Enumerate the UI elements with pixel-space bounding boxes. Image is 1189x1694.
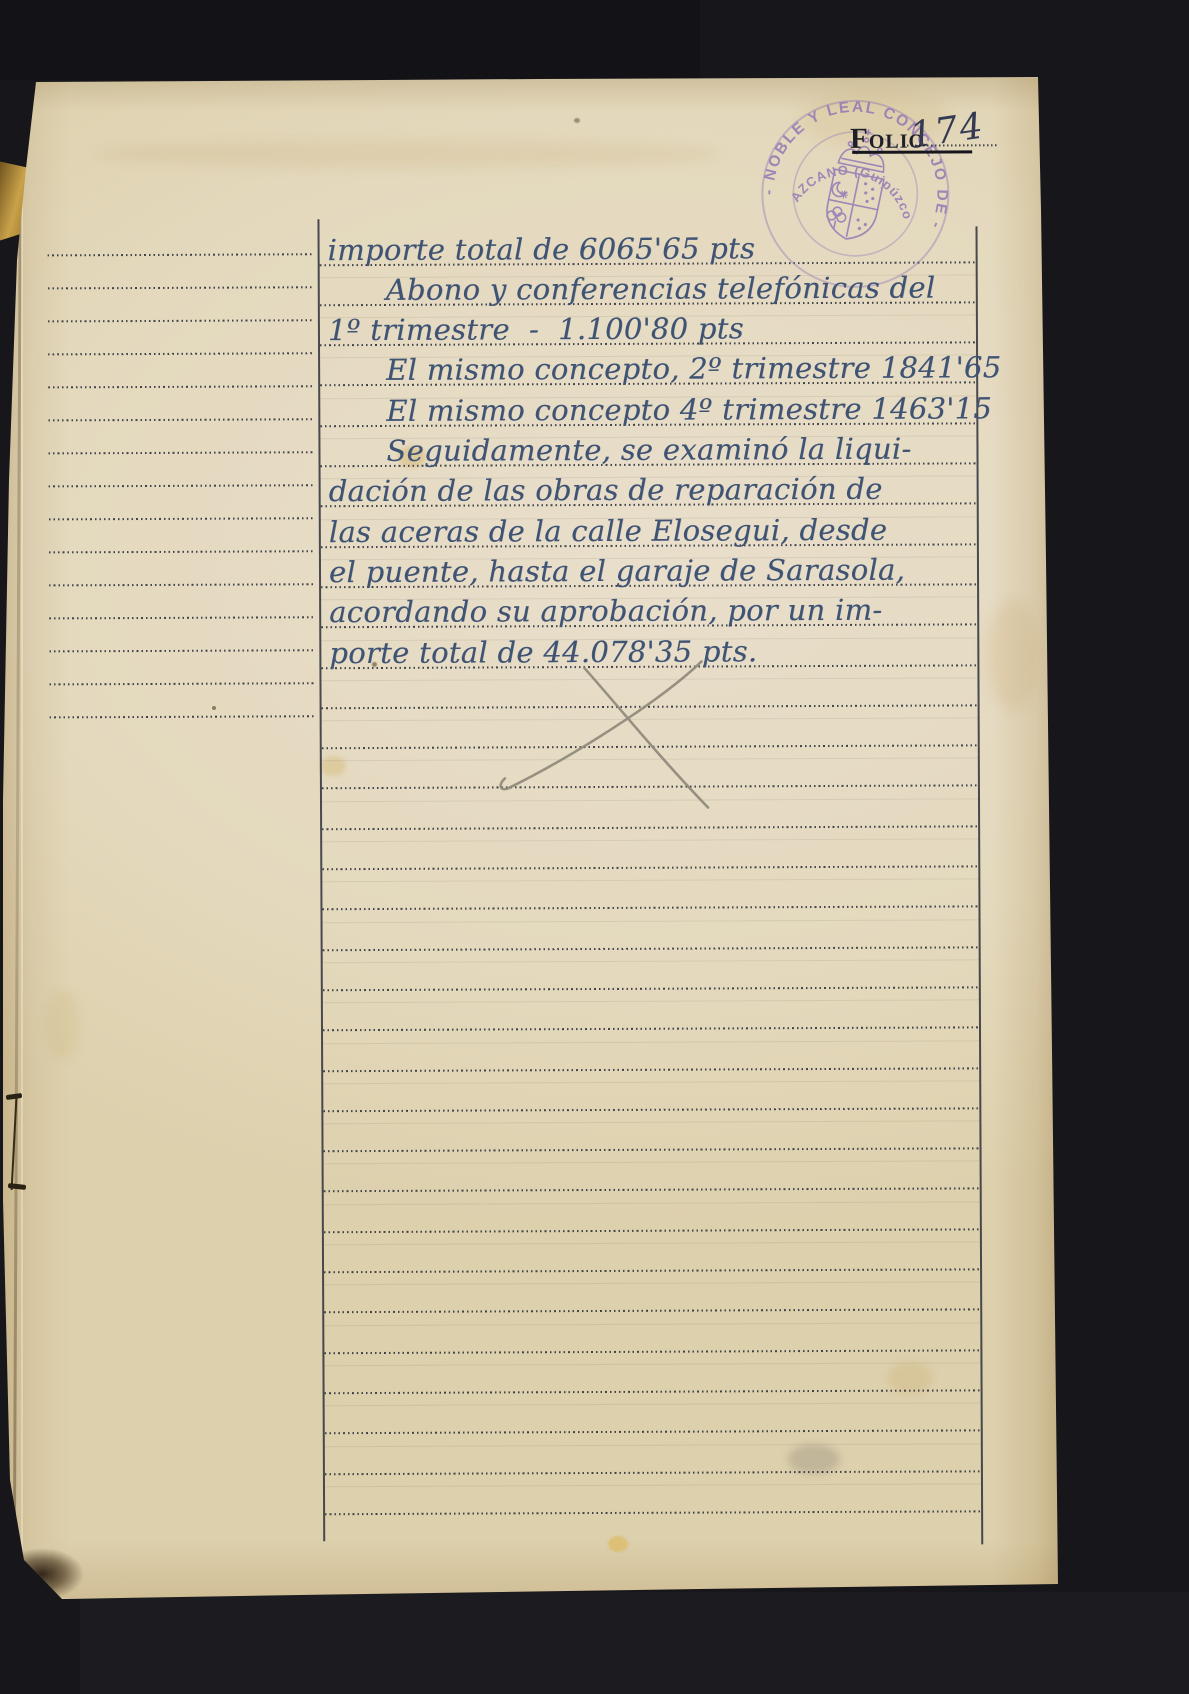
show-through-line [324, 1241, 981, 1245]
show-through-line [322, 838, 979, 842]
ruled-line [323, 1067, 980, 1072]
show-through-line [323, 1000, 980, 1004]
margin-rule-line [317, 219, 325, 1541]
ruled-line [48, 253, 312, 256]
show-through-line [325, 1443, 982, 1447]
tree [825, 205, 848, 231]
handwriting-line: importe total de 6065'65 pts [327, 225, 755, 269]
handwriting-line: El mismo concepto 4º trimestre 1463'15 [386, 385, 992, 430]
stamp-top-text: - NOBLE Y LEAL CONCEJO DE - [758, 81, 968, 232]
folio-underline [852, 150, 972, 154]
show-through-line [323, 1040, 980, 1044]
pencil-x-mark [479, 639, 740, 830]
ruled-line [48, 319, 312, 322]
ruled-line [323, 1107, 980, 1112]
scan-background-bottom [80, 1592, 1189, 1694]
ruled-line [48, 286, 312, 289]
ruled-line [325, 1470, 982, 1475]
handwriting-line: El mismo concepto, 2º trimestre 1841'65 [386, 345, 1001, 390]
page-content: - NOBLE Y LEAL CONCEJO DE - LAZCANO (Gui… [0, 0, 1189, 1694]
ruled-line [50, 715, 314, 718]
show-through-line [322, 879, 979, 883]
ruled-line [324, 1228, 981, 1233]
handwriting-line: dación de las obras de reparación de [329, 466, 883, 510]
show-through-line [323, 959, 980, 963]
ruled-line [48, 418, 312, 421]
ruled-line [49, 550, 313, 553]
ruled-line [48, 352, 312, 355]
show-through-line [324, 1362, 981, 1366]
paper-sheet: - NOBLE Y LEAL CONCEJO DE - LAZCANO (Gui… [0, 0, 1189, 1694]
ruled-line [323, 946, 980, 951]
show-through-line [323, 919, 980, 923]
show-through-line [325, 1403, 982, 1407]
scanned-document: - NOBLE Y LEAL CONCEJO DE - LAZCANO (Gui… [0, 0, 1189, 1694]
ruled-line [324, 1309, 981, 1314]
handwriting-line: Abono y conferencias telefónicas del [386, 264, 936, 308]
scan-background-top [0, 0, 700, 80]
ruled-line [49, 583, 313, 586]
handwriting-line: el puente, hasta el garaje de Sarasola, [329, 547, 905, 592]
ruled-line [322, 906, 979, 911]
show-through-line [324, 1201, 981, 1205]
show-through-line [324, 1282, 981, 1286]
handwriting-line: las aceras de la calle Elosegui, desde [329, 506, 888, 550]
show-through-line [325, 1483, 982, 1487]
show-through-line [323, 1080, 980, 1084]
ruled-line [49, 649, 313, 652]
ruled-line [325, 1389, 982, 1394]
ruled-line [324, 1349, 981, 1354]
star [839, 190, 848, 199]
ruled-line [324, 1147, 981, 1152]
handwriting-line: acordando su aprobación, por un im- [329, 587, 882, 631]
ruled-line [49, 517, 313, 520]
show-through-line [324, 1322, 981, 1326]
ruled-line [325, 1510, 982, 1515]
ruled-line [323, 1027, 980, 1032]
ruled-line [49, 682, 313, 685]
ruled-line [49, 484, 313, 487]
ruled-line [49, 616, 313, 619]
ruled-line [323, 986, 980, 991]
show-through-line [323, 1120, 980, 1124]
ruled-line [325, 1430, 982, 1435]
ruled-line [48, 451, 312, 454]
show-through-line [324, 1161, 981, 1165]
ruled-line [324, 1188, 981, 1193]
handwriting-line: 1º trimestre - 1.100'80 pts [328, 305, 744, 349]
ruled-line [324, 1268, 981, 1273]
ruled-line [48, 385, 312, 388]
handwriting-line: Seguidamente, se examinó la liqui- [386, 426, 911, 470]
folio-dotted-line [903, 144, 997, 146]
ruled-line [322, 865, 979, 870]
